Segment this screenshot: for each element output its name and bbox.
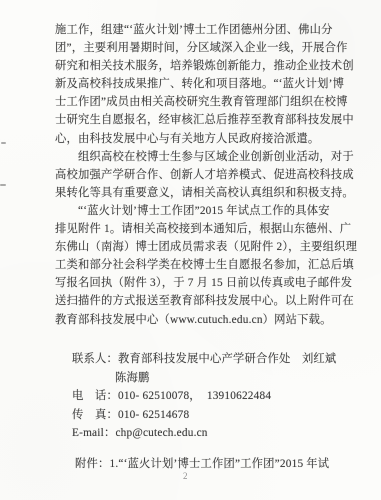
body-line: 心，由科技发展中心与有关地方人民政府接洽派遣。 <box>55 130 337 148</box>
body-line: 教育部科技发展中心（www.cutuch.edu.cn）网站下载。 <box>55 311 337 329</box>
body-line: 写报名回执（附件 3），于 7 月 15 日前以传真或电子邮件发 <box>55 274 337 292</box>
body-line: 团”，主要利用暑期时间，分区域深入企业一线，开展合作 <box>55 39 337 57</box>
body-line: 东佛山（南海）博士团成员需求表（见附件 2），主要组织理 <box>55 238 337 256</box>
scanned-document-page: 施工作，组建“‘蓝火计划’博士工作团德州分团、佛山分 团”，主要利用暑期时间，分… <box>0 0 381 500</box>
body-line: 士研究生自愿报名，经审核汇总后推荐至教育部科技发展中 <box>55 111 337 129</box>
scan-artifact-mark <box>1 142 6 144</box>
scan-artifact-mark <box>0 184 6 186</box>
body-line: 果转化等具有重要意义，请相关高校认真组织和积极支持。 <box>55 184 337 202</box>
contact-person-line: 联系人：教育部科技发展中心产学研合作处 刘红斌 <box>72 350 336 369</box>
attachment-line: 附件：1.“‘蓝火计划’博士工作团”工作团”2015 年试 <box>75 455 329 471</box>
body-line: 新及高校科技成果推广、转化和项目落地。“‘蓝火计划’博 <box>55 75 337 93</box>
body-line: 工类和部分社会科学类在校博士生自愿报名参加，汇总后填 <box>55 256 337 274</box>
contact-phone-line: 电 话：010- 62510078， 13910622484 <box>72 387 336 406</box>
contact-email-line: E-mail：chp@cutech.edu.cn <box>72 424 336 443</box>
body-line: 研究和相关技术服务，培养锻炼创新能力，推动企业技术创 <box>55 57 337 75</box>
body-line: 送扫描件的方式报送至教育部科技发展中心。以上附件可在 <box>55 292 337 310</box>
contact-person-line-2: 陈海鹏 <box>72 369 336 388</box>
contact-fax-line: 传 真：010- 62514678 <box>72 406 336 425</box>
body-line: 高校加强产学研合作、创新人才培养模式、促进高校科技成 <box>55 166 337 184</box>
body-line: “‘蓝火计划’博士工作团”2015 年试点工作的具体安 <box>55 202 337 220</box>
body-line: 排见附件 1。请相关高校接到本通知后，根据山东德州、广 <box>55 220 337 238</box>
body-line: 组织高校在校博士生参与区域企业创新创业活动，对于 <box>55 148 337 166</box>
contact-block: 联系人：教育部科技发展中心产学研合作处 刘红斌 陈海鹏 电 话：010- 625… <box>72 350 336 443</box>
page-number: 2 <box>183 471 188 481</box>
body-line: 士工作团”成员由相关高校研究生教育管理部门组织在校博 <box>55 93 337 111</box>
document-body: 施工作，组建“‘蓝火计划’博士工作团德州分团、佛山分 团”，主要利用暑期时间，分… <box>55 21 337 329</box>
body-line: 施工作，组建“‘蓝火计划’博士工作团德州分团、佛山分 <box>55 21 337 39</box>
